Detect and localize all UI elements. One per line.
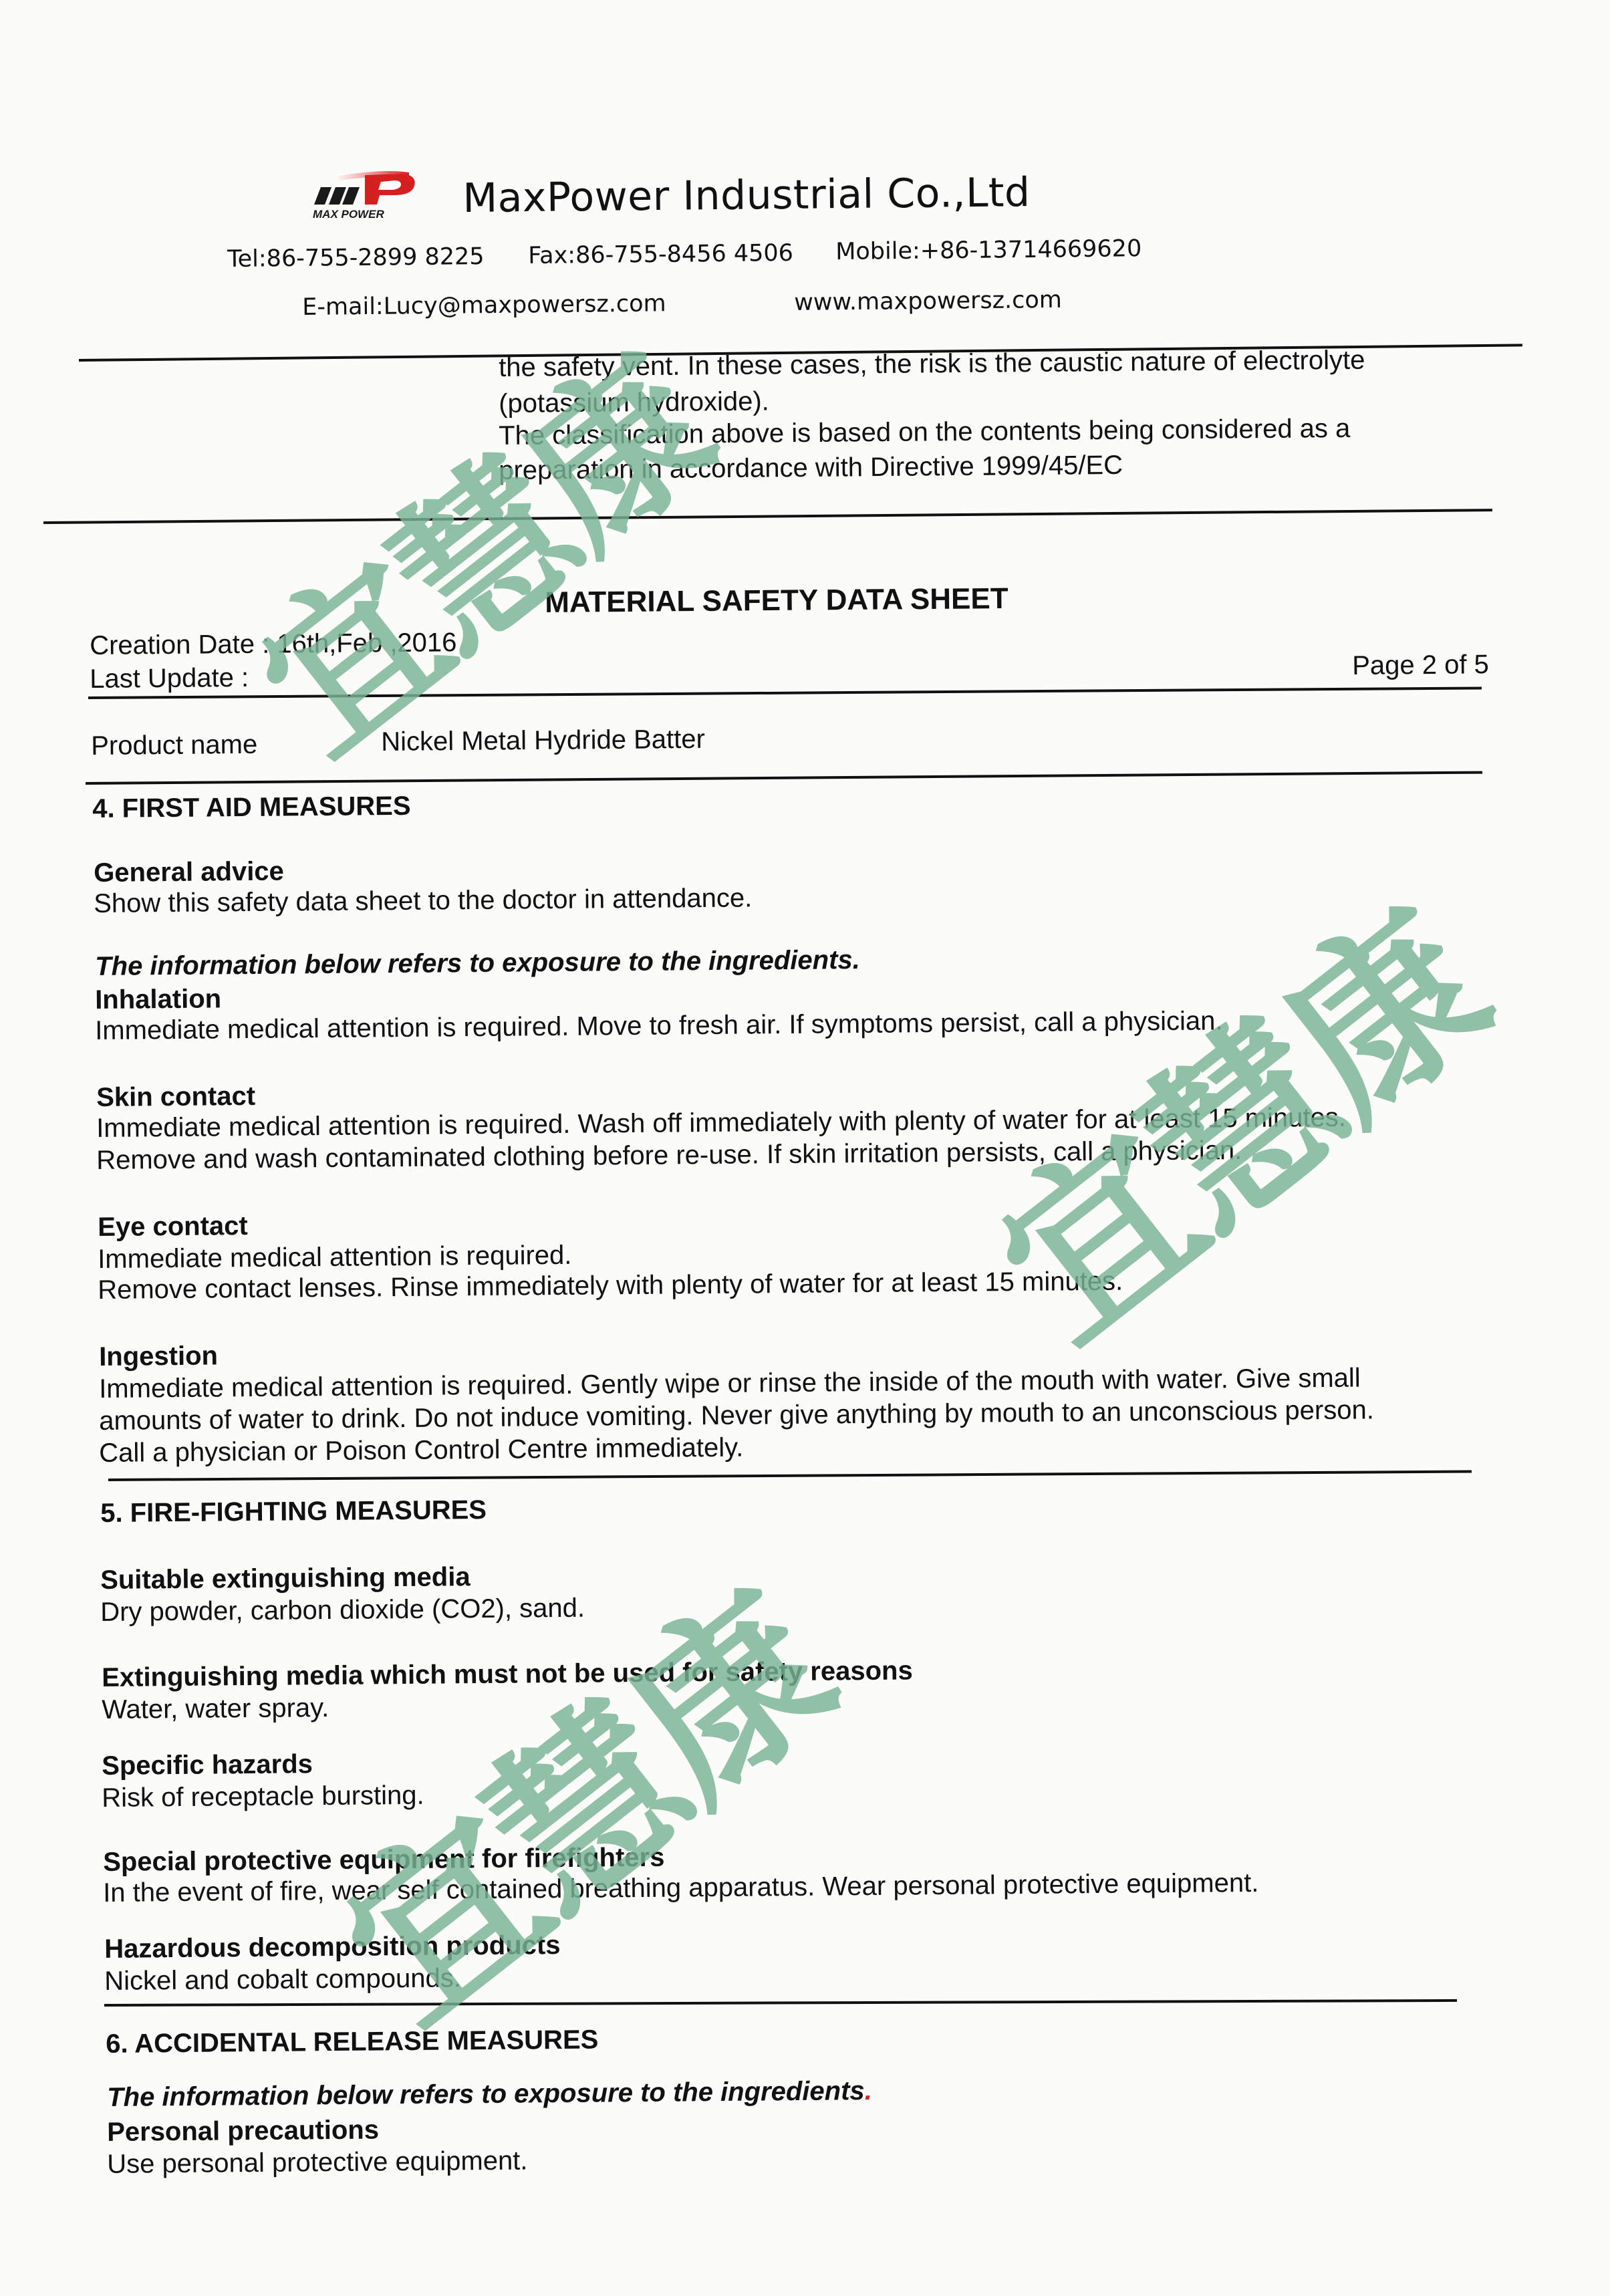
company-name: MaxPower Industrial Co.,Ltd xyxy=(462,169,1031,222)
decomposition-text: Nickel and cobalt compounds. xyxy=(104,1962,461,1997)
info-note: The information below refers to exposure… xyxy=(95,944,860,983)
general-advice-text: Show this safety data sheet to the docto… xyxy=(94,882,752,920)
continuation-line-3: The classification above is based on the… xyxy=(499,412,1351,452)
skin-contact-title: Skin contact xyxy=(96,1080,255,1114)
general-advice-title: General advice xyxy=(94,856,284,889)
personal-precautions-text: Use personal protective equipment. xyxy=(107,2145,528,2180)
mobile-number: Mobile:+86-13714669620 xyxy=(835,235,1142,265)
suitable-media-text: Dry powder, carbon dioxide (CO2), sand. xyxy=(100,1592,585,1628)
unsuitable-media-text: Water, water spray. xyxy=(102,1692,329,1726)
continuation-line-1: the safety vent. In these cases, the ris… xyxy=(499,344,1365,384)
tel-number: Tel:86-755-2899 8225 xyxy=(227,243,485,273)
release-info-note: The information below refers to exposure… xyxy=(107,2075,872,2114)
ingestion-title: Ingestion xyxy=(99,1340,218,1373)
website-link[interactable]: www.maxpowersz.com xyxy=(794,287,1062,316)
last-update: Last Update : xyxy=(90,662,249,695)
inhalation-text: Immediate medical attention is required.… xyxy=(95,1005,1223,1047)
personal-precautions-title: Personal precautions xyxy=(107,2114,379,2148)
section-5-heading: 5. FIRE-FIGHTING MEASURES xyxy=(100,1494,487,1529)
section-6-heading: 6. ACCIDENTAL RELEASE MEASURES xyxy=(106,2024,599,2060)
product-divider xyxy=(86,771,1482,785)
section-4-divider xyxy=(108,1471,1472,1481)
email-link[interactable]: E-mail:Lucy@maxpowersz.com xyxy=(302,290,666,321)
product-name-label: Product name xyxy=(91,729,257,762)
specific-hazards-text: Risk of receptacle bursting. xyxy=(102,1779,424,1814)
continuation-line-2: (potassium hydroxide). xyxy=(499,385,769,420)
specific-hazards-title: Specific hazards xyxy=(102,1748,313,1782)
creation-date: Creation Date : 16th,Feb ,2016 xyxy=(90,626,457,662)
eye-contact-title: Eye contact xyxy=(98,1210,248,1243)
mp-logo-icon: MAX POWER xyxy=(309,167,422,222)
svg-text:MAX POWER: MAX POWER xyxy=(313,208,384,221)
document-title: MATERIAL SAFETY DATA SHEET xyxy=(545,583,1009,619)
msds-page: MAX POWER MaxPower Industrial Co.,Ltd Te… xyxy=(0,0,1610,2296)
fax-number: Fax:86-755-8456 4506 xyxy=(528,240,793,269)
header-divider xyxy=(88,686,1482,699)
section-5-divider xyxy=(104,1999,1457,2007)
section-4-heading: 4. FIRST AID MEASURES xyxy=(92,790,411,825)
ingestion-text-3: Call a physician or Poison Control Centr… xyxy=(99,1432,744,1469)
continuation-line-4: preparation in accordance with Directive… xyxy=(499,449,1123,487)
unsuitable-media-title: Extinguishing media which must not be us… xyxy=(102,1654,913,1694)
decomposition-title: Hazardous decomposition products xyxy=(104,1929,561,1965)
product-name-value: Nickel Metal Hydride Batter xyxy=(381,723,705,758)
suitable-media-title: Suitable extinguishing media xyxy=(100,1561,471,1596)
inhalation-title: Inhalation xyxy=(95,983,221,1016)
section-divider xyxy=(43,509,1492,524)
page-number: Page 2 of 5 xyxy=(1352,648,1489,682)
